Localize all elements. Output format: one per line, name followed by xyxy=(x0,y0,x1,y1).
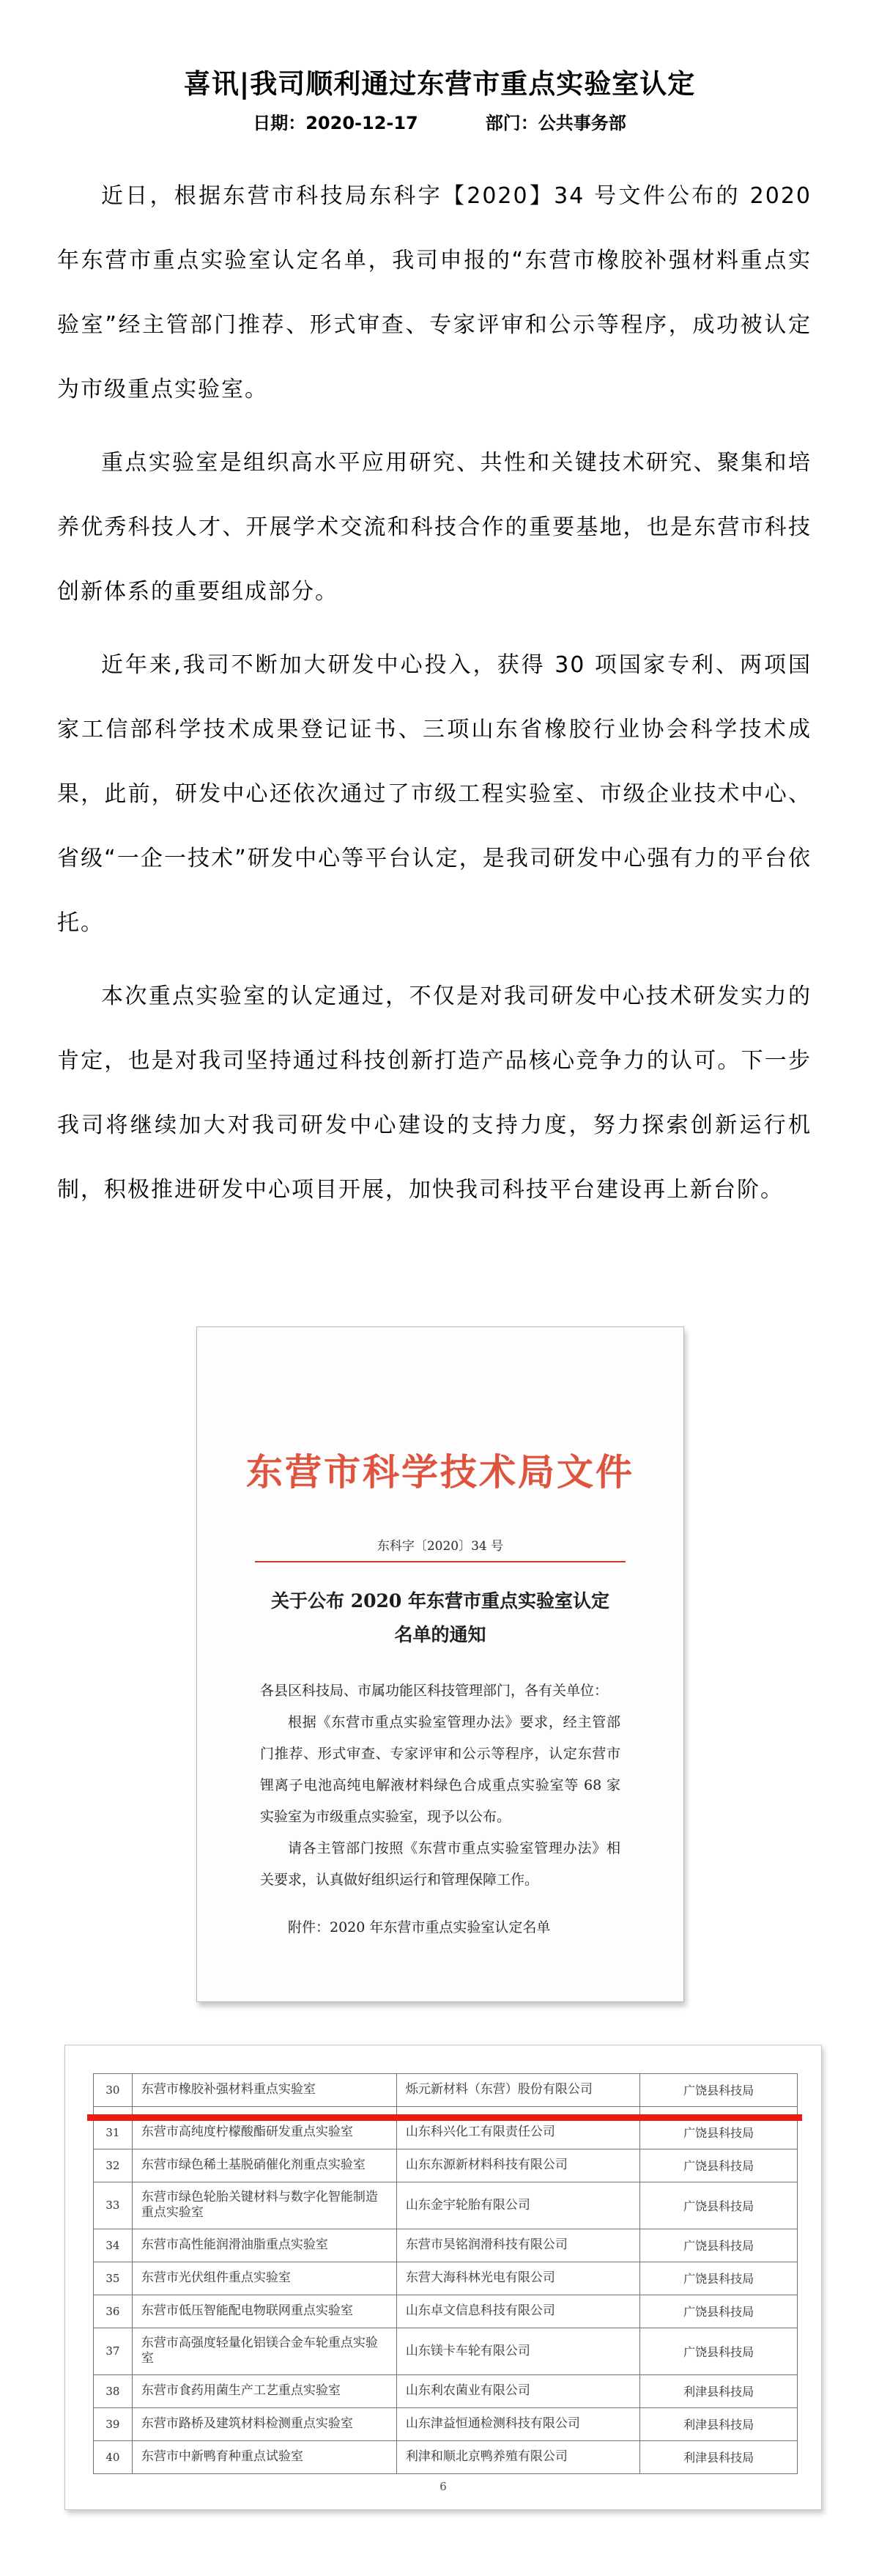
bureau-name: 广饶县科技局 xyxy=(640,2229,798,2262)
lab-name: 东营市高性能润滑油脂重点实验室 xyxy=(132,2229,396,2262)
org-name: 利津和顺北京鸭养殖有限公司 xyxy=(396,2441,639,2474)
notice-paragraph: 根据《东营市重点实验室管理办法》要求，经主管部门推荐、形式审查、专家评审和公示等… xyxy=(260,1707,620,1833)
article-paragraph: 重点实验室是组织高水平应用研究、共性和关键技术研究、聚集和培养优秀科技人才、开展… xyxy=(57,431,812,624)
lab-name: 东营市高纯度柠檬酸酯研发重点实验室 xyxy=(132,2116,396,2149)
red-divider xyxy=(255,1561,626,1562)
lab-name: 东营市路桥及建筑材料检测重点实验室 xyxy=(132,2408,396,2441)
lab-table-row: 37 东营市高强度轻量化铝镁合金车轮重点实验室 山东镁卡车轮有限公司 广饶县科技… xyxy=(94,2328,798,2375)
bureau-name: 广饶县科技局 xyxy=(640,2116,798,2149)
lab-name: 东营市低压智能配电物联网重点实验室 xyxy=(132,2295,396,2328)
lab-row-number: 36 xyxy=(94,2295,133,2328)
lab-name: 东营市食药用菌生产工艺重点实验室 xyxy=(132,2375,396,2408)
bureau-name: 利津县科技局 xyxy=(640,2441,798,2474)
lab-table-row: 31 东营市高纯度柠檬酸酯研发重点实验室 山东科兴化工有限责任公司 广饶县科技局 xyxy=(94,2116,798,2149)
org-name: 山东津益恒通检测科技有限公司 xyxy=(396,2408,639,2441)
notice-title-line1: 关于公布 2020 年东营市重点实验室认定 xyxy=(197,1584,683,1618)
article-department: 部门：公共事务部 xyxy=(486,108,626,134)
lab-row-number: 32 xyxy=(94,2149,133,2182)
lab-table-row: 40 东营市中新鸭育种重点试验室 利津和顺北京鸭养殖有限公司 利津县科技局 xyxy=(94,2441,798,2474)
article-meta: 日期：2020-12-17 部门：公共事务部 xyxy=(0,108,879,134)
org-name: 山东科兴化工有限责任公司 xyxy=(396,2116,639,2149)
lab-table-row: 36 东营市低压智能配电物联网重点实验室 山东卓文信息科技有限公司 广饶县科技局 xyxy=(94,2295,798,2328)
org-name: 山东卓文信息科技有限公司 xyxy=(396,2295,639,2328)
lab-table-row: 39 东营市路桥及建筑材料检测重点实验室 山东津益恒通检测科技有限公司 利津县科… xyxy=(94,2408,798,2441)
article-body: 近日，根据东营市科技局东科字【2020】34 号文件公布的 2020 年东营市重… xyxy=(57,164,812,1231)
bureau-name: 广饶县科技局 xyxy=(640,2074,798,2107)
doc-number: 东科字〔2020〕34 号 xyxy=(197,1535,683,1554)
lab-row-number: 34 xyxy=(94,2229,133,2262)
bureau-name: 广饶县科技局 xyxy=(640,2149,798,2182)
org-name: 山东利农菌业有限公司 xyxy=(396,2375,639,2408)
article-paragraph: 本次重点实验室的认定通过，不仅是对我司研发中心技术研发实力的肯定，也是对我司坚持… xyxy=(57,964,812,1222)
lab-name: 东营市中新鸭育种重点试验室 xyxy=(132,2441,396,2474)
bureau-name: 广饶县科技局 xyxy=(640,2182,798,2229)
bureau-name: 广饶县科技局 xyxy=(640,2262,798,2295)
bureau-name: 利津县科技局 xyxy=(640,2375,798,2408)
lab-row-number: 35 xyxy=(94,2262,133,2295)
notice-body: 各县区科技局、市属功能区科技管理部门，各有关单位： 根据《东营市重点实验室管理办… xyxy=(260,1675,620,1944)
lab-row-number: 38 xyxy=(94,2375,133,2408)
org-name: 山东金宇轮胎有限公司 xyxy=(396,2182,639,2229)
notice-document-image[interactable]: 东营市科学技术局文件 东科字〔2020〕34 号 关于公布 2020 年东营市重… xyxy=(196,1326,684,2002)
scan-page-number: 6 xyxy=(65,2480,821,2493)
lab-table-row: 35 东营市光伏组件重点实验室 东营大海科林光电有限公司 广饶县科技局 xyxy=(94,2262,798,2295)
article-paragraph: 近年来,我司不断加大研发中心投入，获得 30 项国家专利、两项国家工信部科学技术… xyxy=(57,633,812,956)
lab-name: 东营市橡胶补强材料重点实验室 xyxy=(132,2074,396,2107)
lab-name: 东营市高强度轻量化铝镁合金车轮重点实验室 xyxy=(132,2328,396,2375)
lab-row-number: 30 xyxy=(94,2074,133,2107)
lab-table-row: 32 东营市绿色稀土基脱硝催化剂重点实验室 山东东源新材料科技有限公司 广饶县科… xyxy=(94,2149,798,2182)
lab-row-number: 39 xyxy=(94,2408,133,2441)
lab-table: 30 东营市橡胶补强材料重点实验室 烁元新材料（东营）股份有限公司 广饶县科技局… xyxy=(93,2073,798,2474)
bureau-name: 利津县科技局 xyxy=(640,2408,798,2441)
notice-attachment: 附件：2020 年东营市重点实验室认定名单 xyxy=(260,1912,620,1944)
agency-header: 东营市科学技术局文件 xyxy=(197,1443,683,1496)
lab-table-row: 38 东营市食药用菌生产工艺重点实验室 山东利农菌业有限公司 利津县科技局 xyxy=(94,2375,798,2408)
lab-row-number: 31 xyxy=(94,2116,133,2149)
article-title: 喜讯|我司顺利通过东营市重点实验室认定 xyxy=(0,62,879,101)
article-paragraph: 近日，根据东营市科技局东科字【2020】34 号文件公布的 2020 年东营市重… xyxy=(57,164,812,422)
lab-table-row: 34 东营市高性能润滑油脂重点实验室 东营市昊铭润滑科技有限公司 广饶县科技局 xyxy=(94,2229,798,2262)
lab-table-row: 30 东营市橡胶补强材料重点实验室 烁元新材料（东营）股份有限公司 广饶县科技局 xyxy=(94,2074,798,2107)
org-name: 东营市昊铭润滑科技有限公司 xyxy=(396,2229,639,2262)
notice-salutation: 各县区科技局、市属功能区科技管理部门，各有关单位： xyxy=(260,1675,620,1707)
red-highlight-line xyxy=(87,2114,802,2121)
lab-row-number: 40 xyxy=(94,2441,133,2474)
lab-name: 东营市光伏组件重点实验室 xyxy=(132,2262,396,2295)
lab-name: 东营市绿色稀土基脱硝催化剂重点实验室 xyxy=(132,2149,396,2182)
bureau-name: 广饶县科技局 xyxy=(640,2295,798,2328)
org-name: 山东东源新材料科技有限公司 xyxy=(396,2149,639,2182)
article-date: 日期：2020-12-17 xyxy=(253,108,418,134)
lab-row-number: 37 xyxy=(94,2328,133,2375)
notice-title-line2: 名单的通知 xyxy=(197,1618,683,1652)
lab-list-image[interactable]: 30 东营市橡胶补强材料重点实验室 烁元新材料（东营）股份有限公司 广饶县科技局… xyxy=(64,2045,822,2510)
lab-table-row: 33 东营市绿色轮胎关键材料与数字化智能制造重点实验室 山东金宇轮胎有限公司 广… xyxy=(94,2182,798,2229)
org-name: 烁元新材料（东营）股份有限公司 xyxy=(396,2074,639,2107)
org-name: 山东镁卡车轮有限公司 xyxy=(396,2328,639,2375)
bureau-name: 广饶县科技局 xyxy=(640,2328,798,2375)
notice-title: 关于公布 2020 年东营市重点实验室认定 名单的通知 xyxy=(197,1584,683,1652)
notice-paragraph: 请各主管部门按照《东营市重点实验室管理办法》相关要求，认真做好组织运行和管理保障… xyxy=(260,1833,620,1896)
lab-row-number: 33 xyxy=(94,2182,133,2229)
lab-table-body: 30 东营市橡胶补强材料重点实验室 烁元新材料（东营）股份有限公司 广饶县科技局… xyxy=(94,2074,798,2474)
lab-name: 东营市绿色轮胎关键材料与数字化智能制造重点实验室 xyxy=(132,2182,396,2229)
org-name: 东营大海科林光电有限公司 xyxy=(396,2262,639,2295)
